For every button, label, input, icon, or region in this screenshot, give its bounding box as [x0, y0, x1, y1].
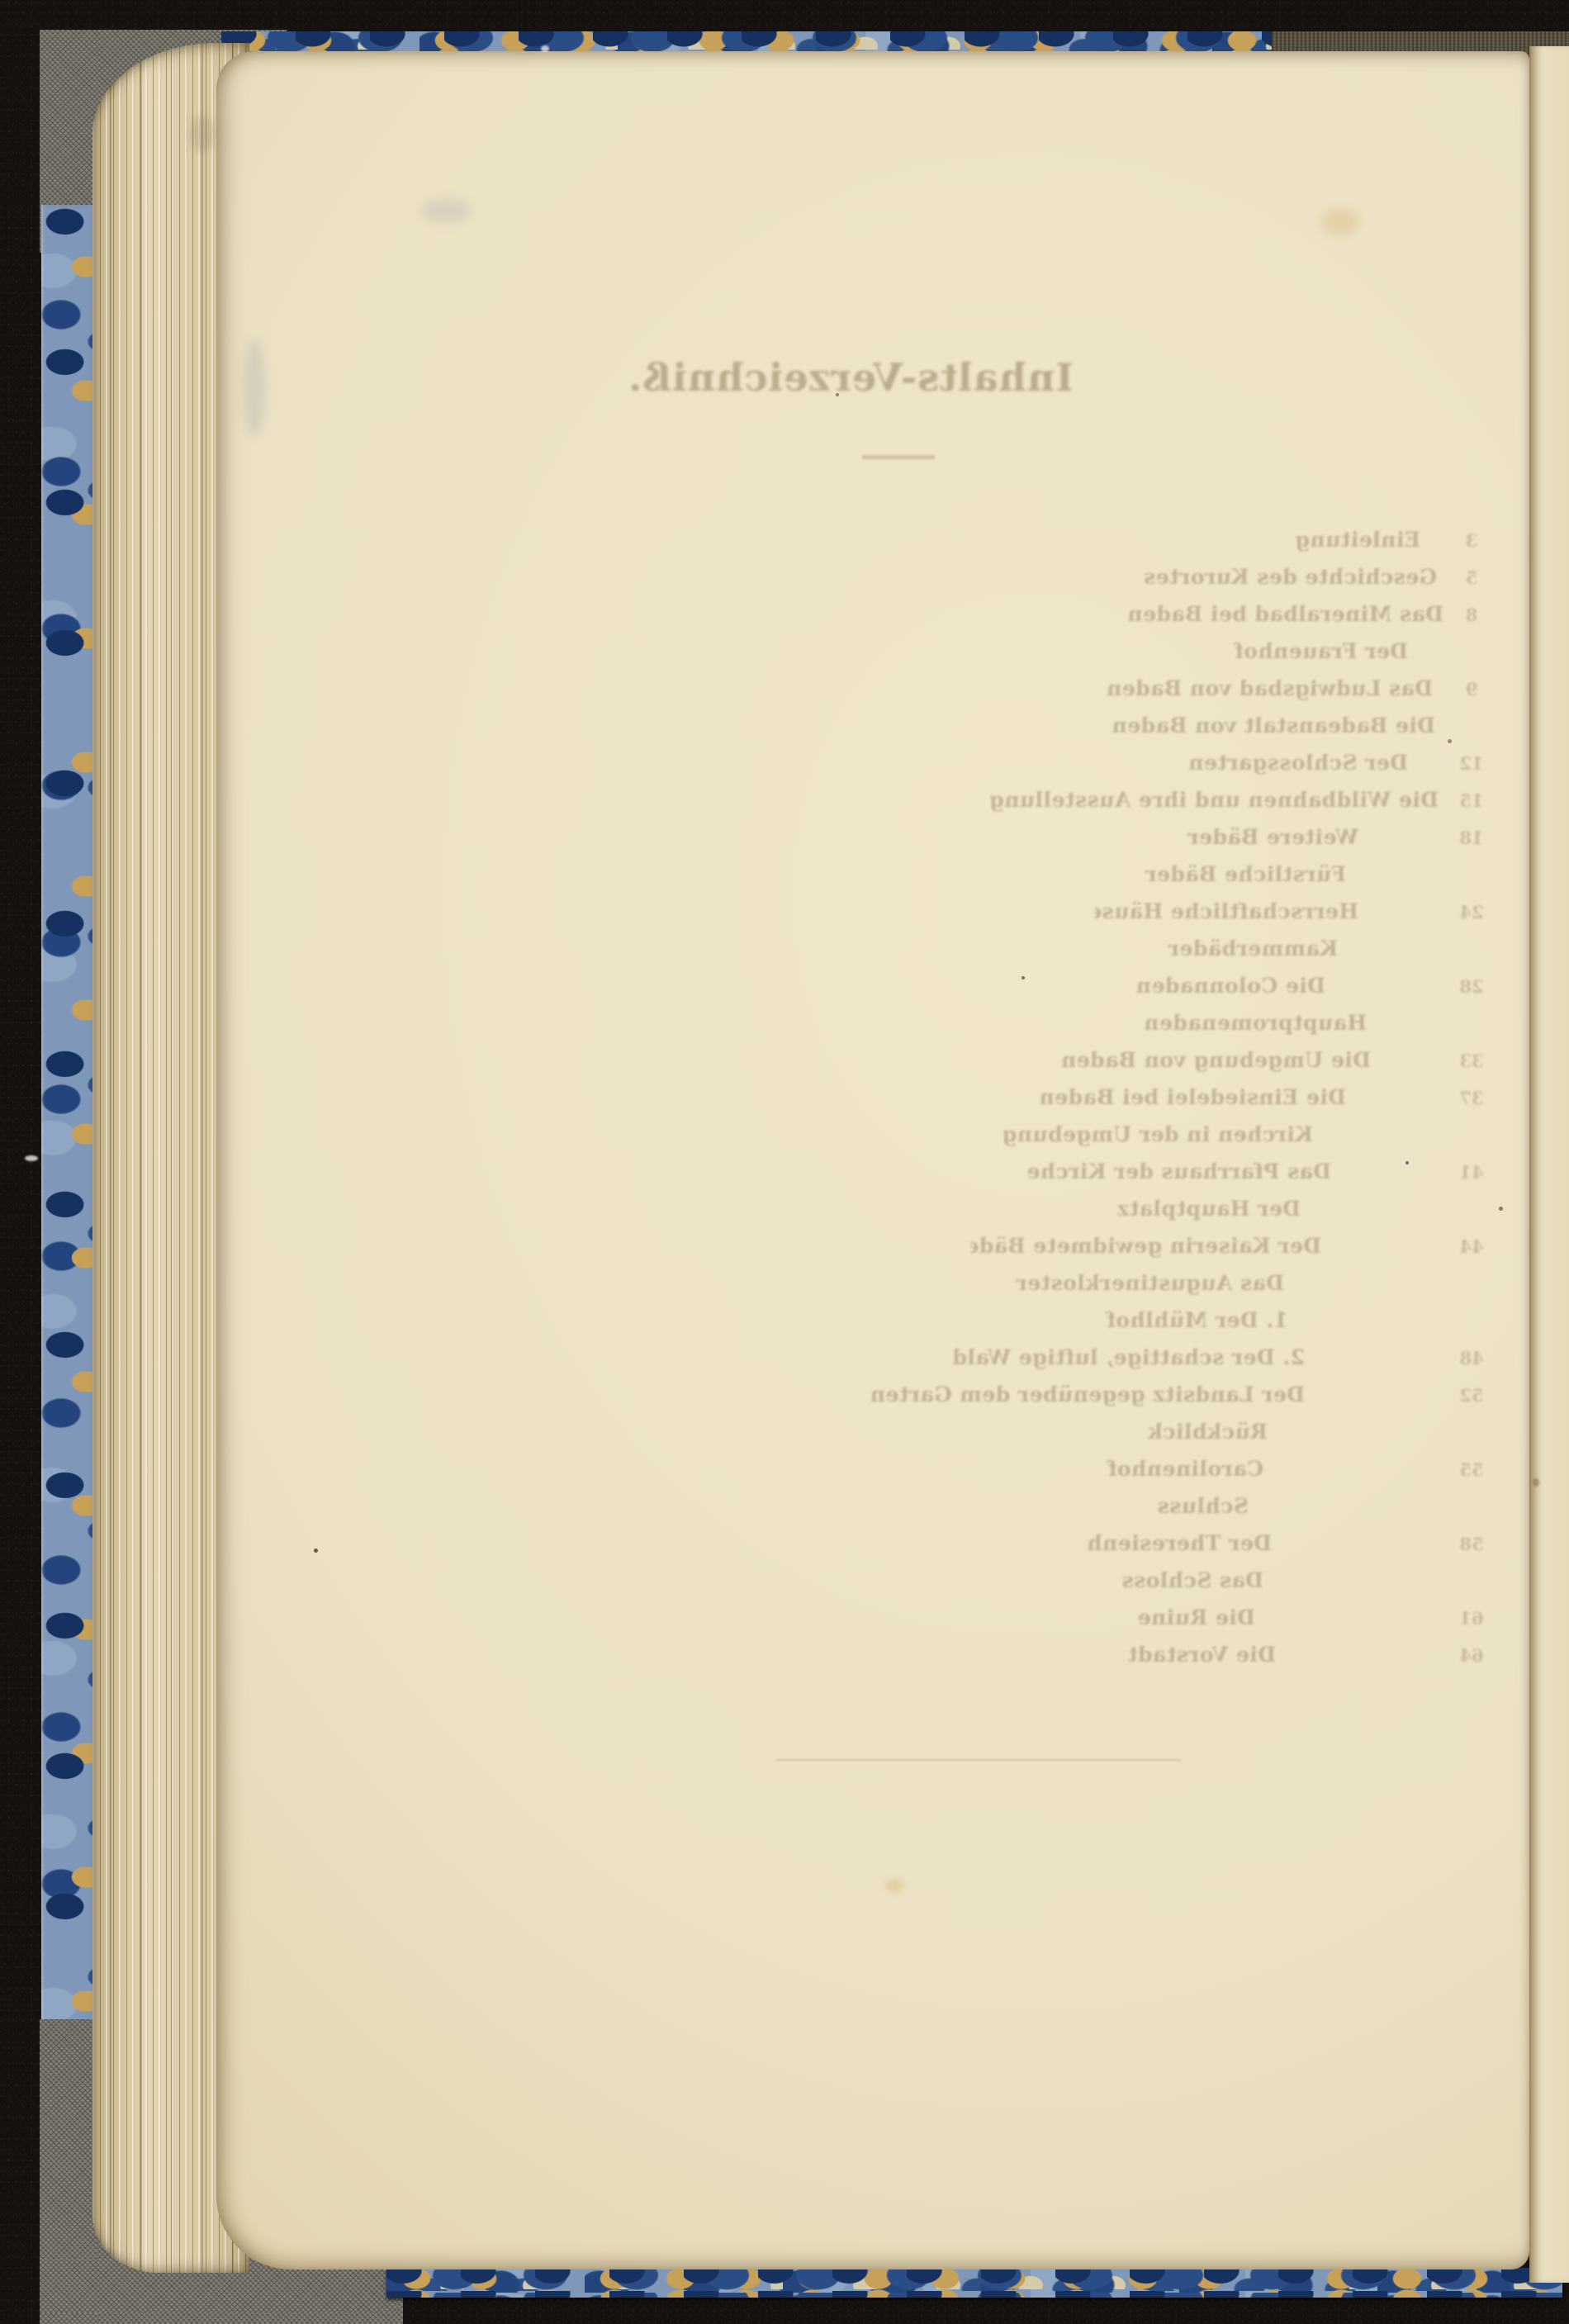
scan-speck [541, 45, 549, 52]
scan-speck [1448, 739, 1452, 743]
scan-speck [1321, 208, 1359, 236]
scan-speck [314, 1549, 318, 1553]
scan-speck [1499, 1207, 1503, 1211]
marbled-cover-edge-left [41, 205, 99, 2067]
scan-speck [1405, 1161, 1409, 1164]
marbled-cover-edge-top [221, 31, 1272, 53]
scan-speck [885, 1879, 903, 1892]
blank-verso-page [216, 51, 1529, 2269]
scan-speck [836, 393, 839, 396]
marbled-cover-edge-bottom [386, 2268, 1562, 2298]
scan-speck [244, 339, 265, 438]
scan-speck [421, 198, 471, 223]
scan-speck [1022, 976, 1025, 979]
scan-speck [190, 116, 215, 152]
scan-speck [1533, 1478, 1539, 1487]
scan-speck [25, 1155, 38, 1161]
book-scan-scene: Inhalts-Verzeichniß. Einleitung3Geschich… [0, 0, 1569, 2324]
facing-page-sliver [1529, 46, 1569, 2283]
